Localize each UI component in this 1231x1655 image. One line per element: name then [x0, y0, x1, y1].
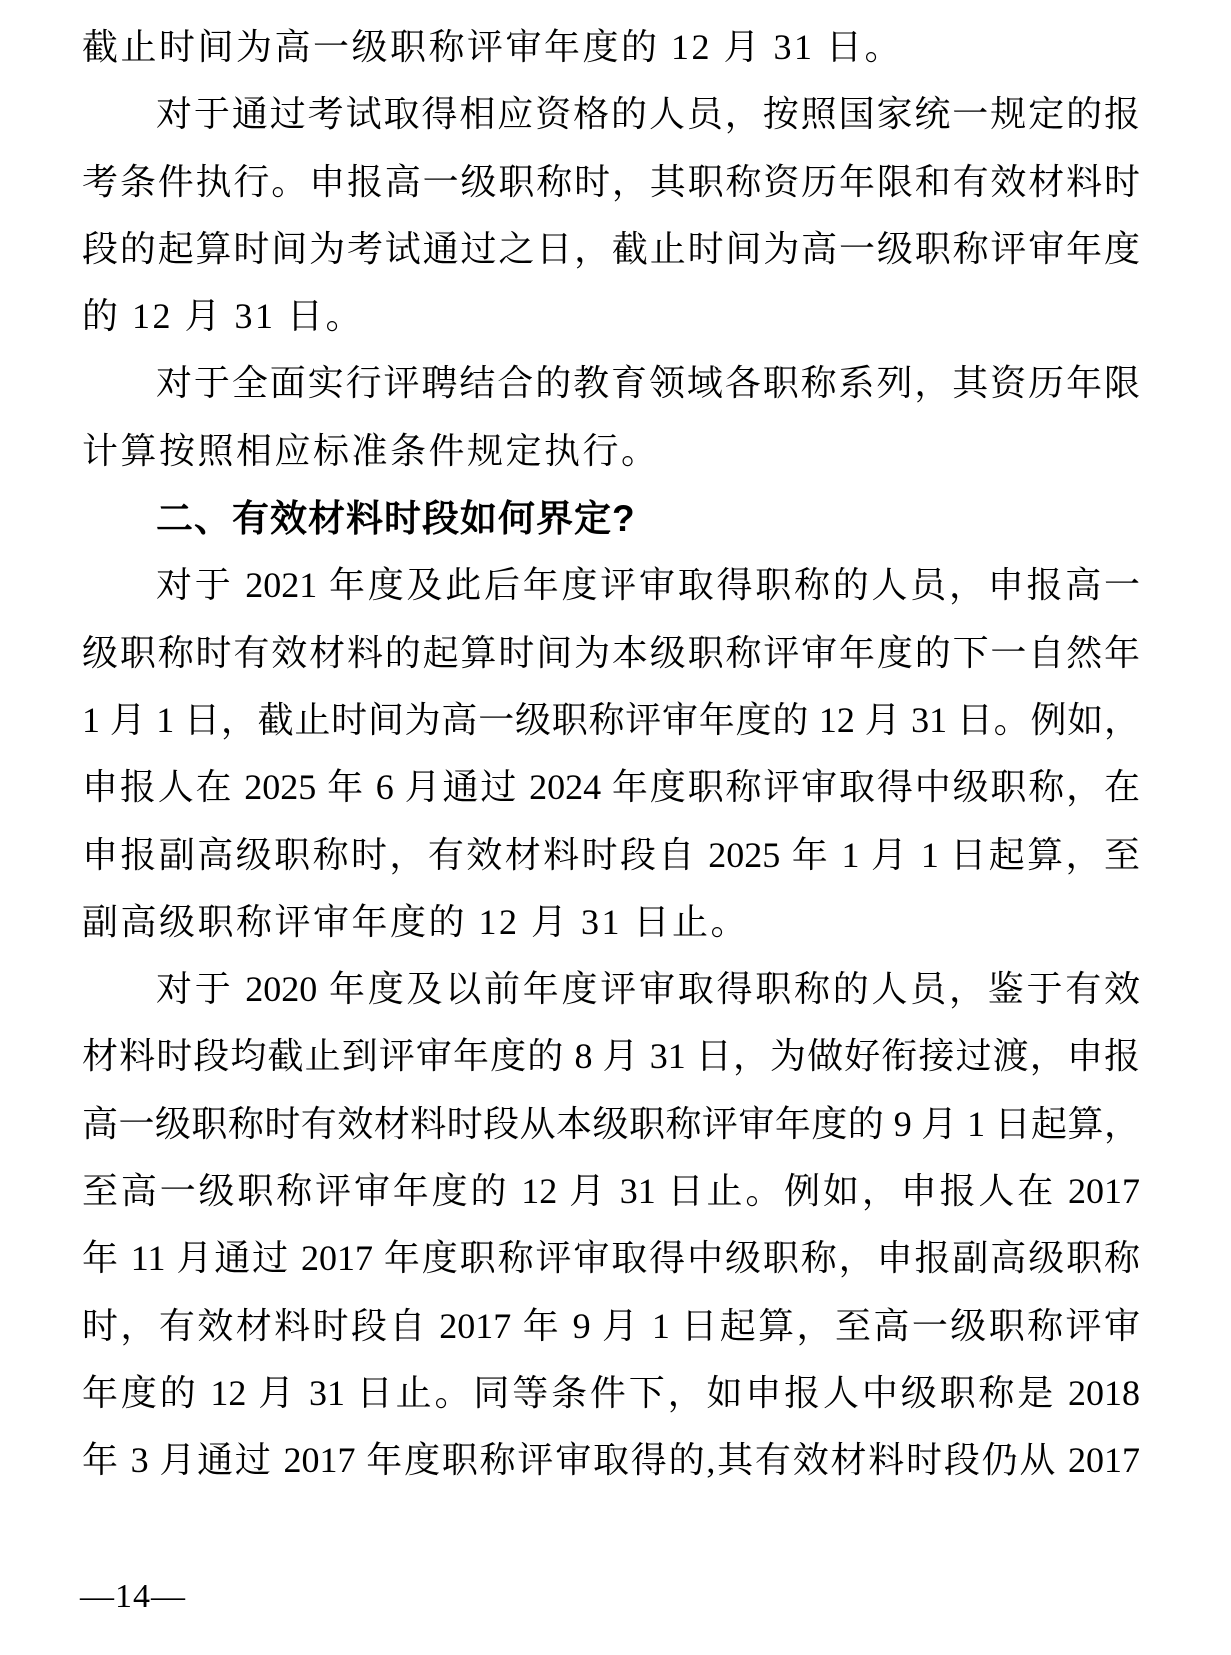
text-line: 副高级职称评审年度的 12 月 31 日止。 — [82, 889, 1140, 956]
text-line: 年 3 月通过 2017 年度职称评审取得的,其有效材料时段仍从 2017 — [82, 1427, 1140, 1494]
text-line: 对于 2020 年度及以前年度评审取得职称的人员，鉴于有效 — [82, 956, 1140, 1023]
text-line: 级职称时有效材料的起算时间为本级职称评审年度的下一自然年 — [82, 620, 1140, 687]
text-line: 申报人在 2025 年 6 月通过 2024 年度职称评审取得中级职称，在 — [82, 754, 1140, 821]
section-heading: 二、有效材料时段如何界定? — [82, 485, 1140, 552]
page-footer: —14— — [80, 1572, 186, 1622]
text-line: 截止时间为高一级职称评审年度的 12 月 31 日。 — [82, 14, 1140, 81]
text-line: 1 月 1 日，截止时间为高一级职称评审年度的 12 月 31 日。例如， — [82, 687, 1140, 754]
text-line: 至高一级职称评审年度的 12 月 31 日止。例如，申报人在 2017 — [82, 1158, 1140, 1225]
text-line: 时，有效材料时段自 2017 年 9 月 1 日起算，至高一级职称评审 — [82, 1293, 1140, 1360]
document-page: 截止时间为高一级职称评审年度的 12 月 31 日。对于通过考试取得相应资格的人… — [0, 0, 1231, 1655]
text-line: 对于通过考试取得相应资格的人员，按照国家统一规定的报 — [82, 81, 1140, 148]
text-line: 申报副高级职称时，有效材料时段自 2025 年 1 月 1 日起算，至 — [82, 822, 1140, 889]
text-line: 材料时段均截止到评审年度的 8 月 31 日，为做好衔接过渡，申报 — [82, 1023, 1140, 1090]
text-line: 年 11 月通过 2017 年度职称评审取得中级职称，申报副高级职称 — [82, 1225, 1140, 1292]
text-block: 截止时间为高一级职称评审年度的 12 月 31 日。对于通过考试取得相应资格的人… — [82, 14, 1140, 1495]
text-line: 计算按照相应标准条件规定执行。 — [82, 418, 1140, 485]
text-line: 考条件执行。申报高一级职称时，其职称资历年限和有效材料时 — [82, 149, 1140, 216]
text-line: 高一级职称时有效材料时段从本级职称评审年度的 9 月 1 日起算， — [82, 1091, 1140, 1158]
text-line: 段的起算时间为考试通过之日，截止时间为高一级职称评审年度 — [82, 216, 1140, 283]
text-line: 的 12 月 31 日。 — [82, 283, 1140, 350]
page-number: —14— — [80, 1578, 186, 1615]
text-line: 年度的 12 月 31 日止。同等条件下，如申报人中级职称是 2018 — [82, 1360, 1140, 1427]
text-line: 对于全面实行评聘结合的教育领域各职称系列，其资历年限 — [82, 350, 1140, 417]
text-line: 对于 2021 年度及此后年度评审取得职称的人员，申报高一 — [82, 552, 1140, 619]
